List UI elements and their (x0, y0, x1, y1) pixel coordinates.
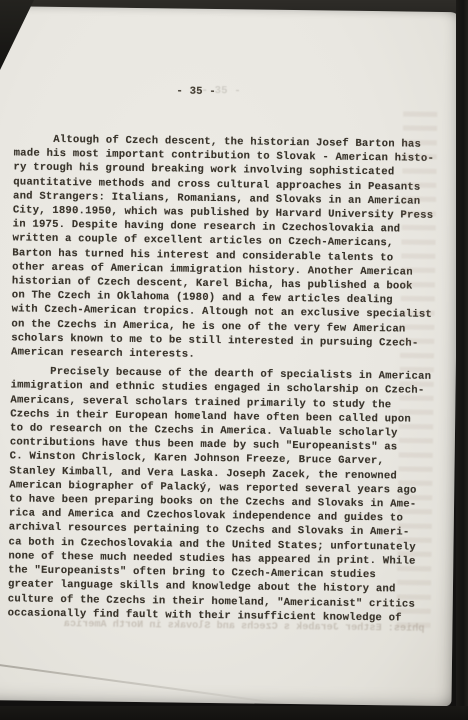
page-number: - 35 - (176, 85, 216, 98)
document-page: - 35 - Altough of Czech descent, the his… (0, 6, 461, 706)
underlying-page-edge (0, 659, 297, 707)
page-text-block: Altough of Czech descent, the historian … (8, 132, 426, 625)
paragraph-1: Altough of Czech descent, the historian … (11, 132, 426, 365)
paragraph-2: Precisely because of the dearth of speci… (8, 365, 423, 626)
ink-bleed-through-margin (396, 107, 437, 627)
book-gutter-shadow (456, 0, 468, 720)
bottom-background-band (0, 706, 468, 720)
scanned-book-photo: - 35 - Altough of Czech descent, the his… (0, 0, 468, 720)
